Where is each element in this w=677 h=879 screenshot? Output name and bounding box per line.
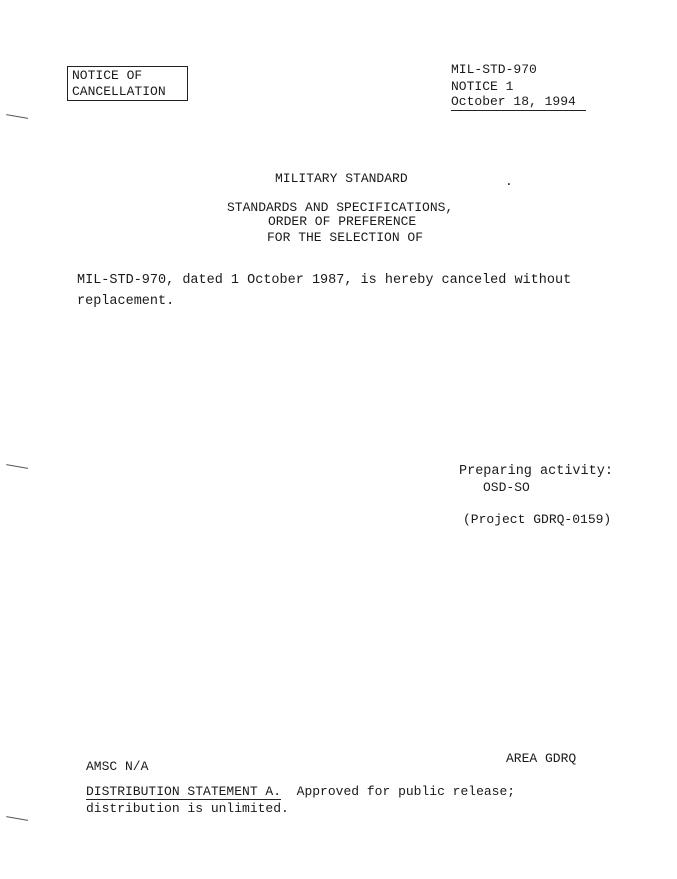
- area: AREA GDRQ: [506, 751, 576, 767]
- doc-id: MIL-STD-970: [451, 62, 537, 78]
- scan-mark: [6, 464, 28, 470]
- distribution-text: Approved for public release;: [281, 784, 515, 799]
- body-line-2: replacement.: [77, 294, 174, 310]
- project-number: (Project GDRQ-0159): [463, 512, 611, 528]
- stamp-line-2: CANCELLATION: [72, 84, 184, 100]
- body-line-1: MIL-STD-970, dated 1 October 1987, is he…: [77, 273, 571, 289]
- title-line-4: FOR THE SELECTION OF: [267, 230, 423, 246]
- distribution-line-2: distribution is unlimited.: [86, 801, 289, 817]
- distribution-label: DISTRIBUTION STATEMENT A.: [86, 784, 281, 800]
- stamp-line-1: NOTICE OF: [72, 68, 184, 84]
- title-line-1: MILITARY STANDARD: [275, 171, 408, 187]
- preparing-label: Preparing activity:: [459, 464, 613, 480]
- scan-mark: [6, 114, 28, 120]
- cancellation-stamp: NOTICE OF CANCELLATION: [67, 66, 188, 101]
- amsc: AMSC N/A: [86, 759, 148, 775]
- title-line-3: ORDER OF PREFERENCE: [268, 214, 416, 230]
- distribution-statement: DISTRIBUTION STATEMENT A. Approved for p…: [86, 784, 515, 800]
- preparing-org: OSD-SO: [483, 480, 530, 496]
- notice-number: NOTICE 1: [451, 79, 513, 95]
- scan-mark: [6, 816, 28, 822]
- title-dot: .: [505, 174, 513, 190]
- notice-date: October 18, 1994: [451, 94, 586, 111]
